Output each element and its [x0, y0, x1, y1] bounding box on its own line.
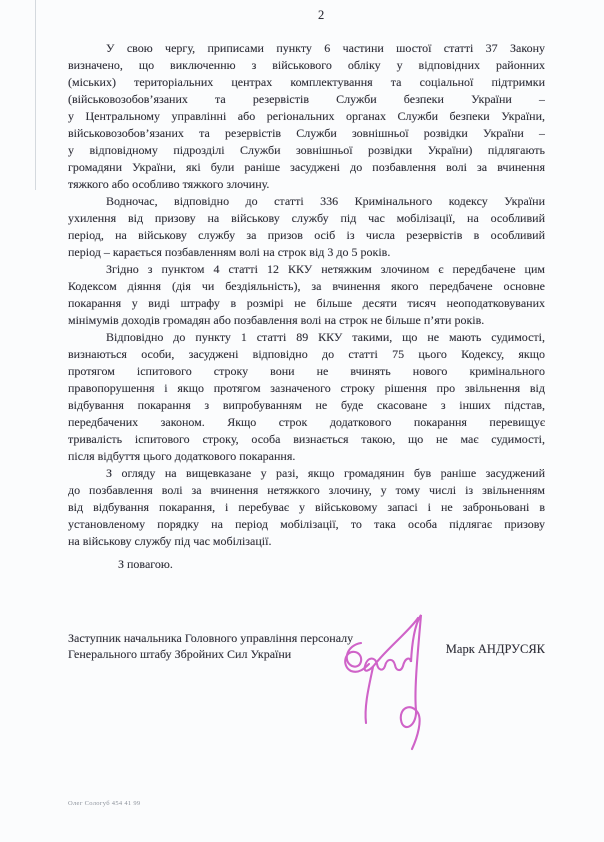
page-number: 2: [318, 8, 324, 23]
signer-title: Заступник начальника Головного управлінн…: [68, 630, 353, 662]
text-line: (міських) територіальних центрах комплек…: [68, 74, 545, 91]
text-line: у відповідному підрозділі Служби зовнішн…: [68, 142, 545, 159]
scan-edge-artifact: [35, 0, 36, 190]
text-line: період – карається позбавленням волі на …: [68, 244, 545, 261]
text-line: Згідно з пунктом 4 статті 12 ККУ нетяжки…: [68, 261, 545, 278]
text-line: період, на військову службу за призов ос…: [68, 227, 545, 244]
text-line: у Центральному управлінні або регіональн…: [68, 108, 545, 125]
text-line: визнаються особи, засуджені відповідно д…: [68, 346, 545, 363]
signer-title-line: Заступник начальника Головного управлінн…: [68, 630, 353, 646]
text-line: визначено, що виключенню з військового о…: [68, 57, 545, 74]
letter-body: У свою чергу, приписами пункту 6 частини…: [68, 40, 545, 573]
text-line: громадяни України, які були раніше засуд…: [68, 159, 545, 176]
text-line: Водночас, відповідно до статті 336 Кримі…: [68, 193, 545, 210]
text-line: установленому порядку на період мобіліза…: [68, 516, 545, 533]
text-line: Відповідно до пункту 1 статті 89 ККУ так…: [68, 329, 545, 346]
paragraph: Відповідно до пункту 1 статті 89 ККУ так…: [68, 329, 545, 465]
text-line: протягом іспитового строку вони не вчиня…: [68, 363, 545, 380]
paragraph: Згідно з пунктом 4 статті 12 ККУ нетяжки…: [68, 261, 545, 329]
text-line: покарання у виді штрафу в розмірі не біл…: [68, 295, 545, 312]
text-line: правопорушення і якщо протягом зазначено…: [68, 380, 545, 397]
paragraph: Водночас, відповідно до статті 336 Кримі…: [68, 193, 545, 261]
text-line: на військову службу під час мобілізації.: [68, 533, 545, 550]
paragraph: З огляду на вищевказане у разі, якщо гро…: [68, 465, 545, 550]
text-line: тяжкого або особливо тяжкого злочину.: [68, 176, 545, 193]
document-page: 2 У свою чергу, приписами пункту 6 части…: [0, 0, 604, 842]
paragraph: У свою чергу, приписами пункту 6 частини…: [68, 40, 545, 193]
signature-ink: [334, 610, 430, 752]
text-line: (військовозобов’язаних та резервістів Сл…: [68, 91, 545, 108]
text-line: У свою чергу, приписами пункту 6 частини…: [68, 40, 545, 57]
signer-title-line: Генерального штабу Збройних Сил України: [68, 646, 353, 662]
signer-name: Марк АНДРУСЯК: [446, 642, 545, 657]
text-line: З огляду на вищевказане у разі, якщо гро…: [68, 465, 545, 482]
text-line: військовозобов’язаних та резервістів Слу…: [68, 125, 545, 142]
text-line: до позбавлення волі за вчинення нетяжког…: [68, 482, 545, 499]
text-line: передбачених законом. Якщо строк додатко…: [68, 414, 545, 431]
text-line: від відбування покарання, і перебуває у …: [68, 499, 545, 516]
text-line: після відбуття цього додаткового покаран…: [68, 448, 545, 465]
text-line: ухилення від призову на військову службу…: [68, 210, 545, 227]
text-line: мінімумів доходів громадян або позбавлен…: [68, 312, 545, 329]
text-line: відбування покарання з випробуванням не …: [68, 397, 545, 414]
text-line: тривалість іспитового строку, особа визн…: [68, 431, 545, 448]
executor-contact: Олег Сологуб 454 41 99: [68, 800, 140, 807]
closing-salutation: З повагою.: [68, 556, 545, 573]
text-line: Кодексом діяння (дія чи бездіяльність), …: [68, 278, 545, 295]
